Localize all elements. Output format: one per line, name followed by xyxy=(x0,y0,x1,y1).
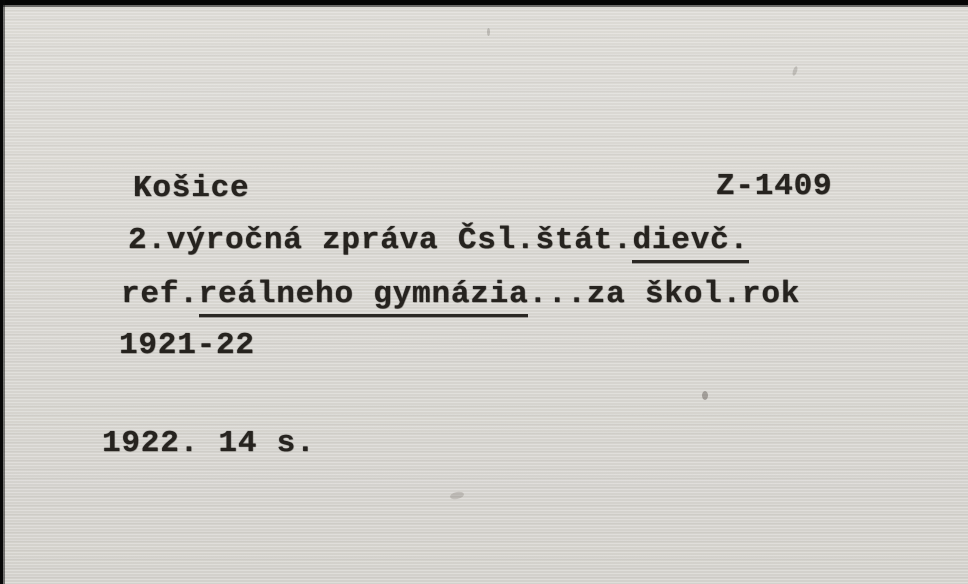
place-heading: Košice xyxy=(133,173,249,204)
catalog-card-scan: Košice Z-1409 2.výročná zpráva Čsl.štát.… xyxy=(0,0,968,584)
ink-smudge xyxy=(702,391,708,400)
call-number: Z-1409 xyxy=(716,171,832,202)
title-line-1-underlined-text: dievč. xyxy=(632,223,748,263)
scan-edge-left xyxy=(0,0,5,584)
scan-edge-top xyxy=(0,0,968,7)
title-line-3-school-year: 1921-22 xyxy=(119,330,255,361)
pencil-smudge xyxy=(449,491,464,501)
title-line-2-text: ref. xyxy=(121,277,199,312)
paper-speck xyxy=(487,28,490,36)
title-line-2: ref.reálneho gymnázia...za škol.rok xyxy=(121,279,800,310)
imprint-line: 1922. 14 s. xyxy=(102,428,315,459)
title-line-2-underlined-text: reálneho gymnázia xyxy=(199,277,529,317)
title-line-1: 2.výročná zpráva Čsl.štát.dievč. xyxy=(128,225,749,256)
title-line-2-trailing-text: ...za škol.rok xyxy=(528,277,800,312)
paper-speck xyxy=(792,66,799,77)
title-line-1-text: 2.výročná zpráva Čsl.štát. xyxy=(128,223,632,258)
